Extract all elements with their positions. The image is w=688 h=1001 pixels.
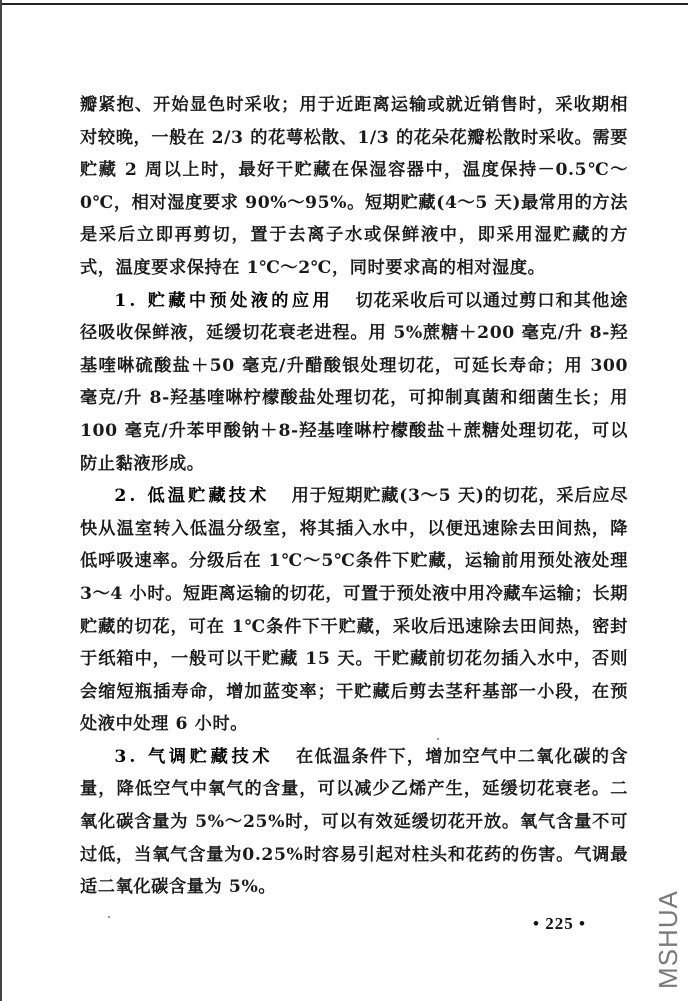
section-heading-low-temperature-storage: 2. 低温贮藏技术 xyxy=(114,486,269,506)
page-number: • 225 • xyxy=(533,914,586,934)
section-heading-controlled-atmosphere-storage: 3. 气调贮藏技术 xyxy=(114,747,273,767)
left-scan-border xyxy=(0,0,2,1001)
paragraph-text: 瓣紧抱、开始显色时采收；用于近距离运输或就近销售时，采收期相对较晚，一般在 2/… xyxy=(80,95,628,278)
paragraph-section-1: 1. 贮藏中预处液的应用切花采收后可以通过剪口和其他途径吸收保鲜液，延缓切花衰老… xyxy=(80,285,628,481)
watermark: MSHUA xyxy=(648,884,688,994)
watermark-text: MSHUA xyxy=(653,890,684,989)
paragraph-text: 切花采收后可以通过剪口和其他途径吸收保鲜液，延缓切花衰老进程。用 5%蔗糖＋20… xyxy=(80,291,628,474)
paragraph-continuation: 瓣紧抱、开始显色时采收；用于近距离运输或就近销售时，采收期相对较晚，一般在 2/… xyxy=(80,89,628,285)
paragraph-section-2: 2. 低温贮藏技术用于短期贮藏(3～5 天)的切花，采后应尽快从温室转入低温分级… xyxy=(80,480,628,741)
scan-speck xyxy=(437,738,439,740)
paragraph-section-3: 3. 气调贮藏技术在低温条件下，增加空气中二氧化碳的含量，降低空气中氧气的含量，… xyxy=(80,741,628,904)
paragraph-text: 在低温条件下，增加空气中二氧化碳的含量，降低空气中氧气的含量，可以减少乙烯产生，… xyxy=(80,747,628,897)
top-scan-border xyxy=(0,3,688,5)
section-heading-pretreatment: 1. 贮藏中预处液的应用 xyxy=(114,291,333,311)
paragraph-text: 用于短期贮藏(3～5 天)的切花，采后应尽快从温室转入低温分级室，将其插入水中，… xyxy=(80,486,628,734)
scan-speck xyxy=(108,916,110,918)
page-body: 瓣紧抱、开始显色时采收；用于近距离运输或就近销售时，采收期相对较晚，一般在 2/… xyxy=(80,89,628,904)
